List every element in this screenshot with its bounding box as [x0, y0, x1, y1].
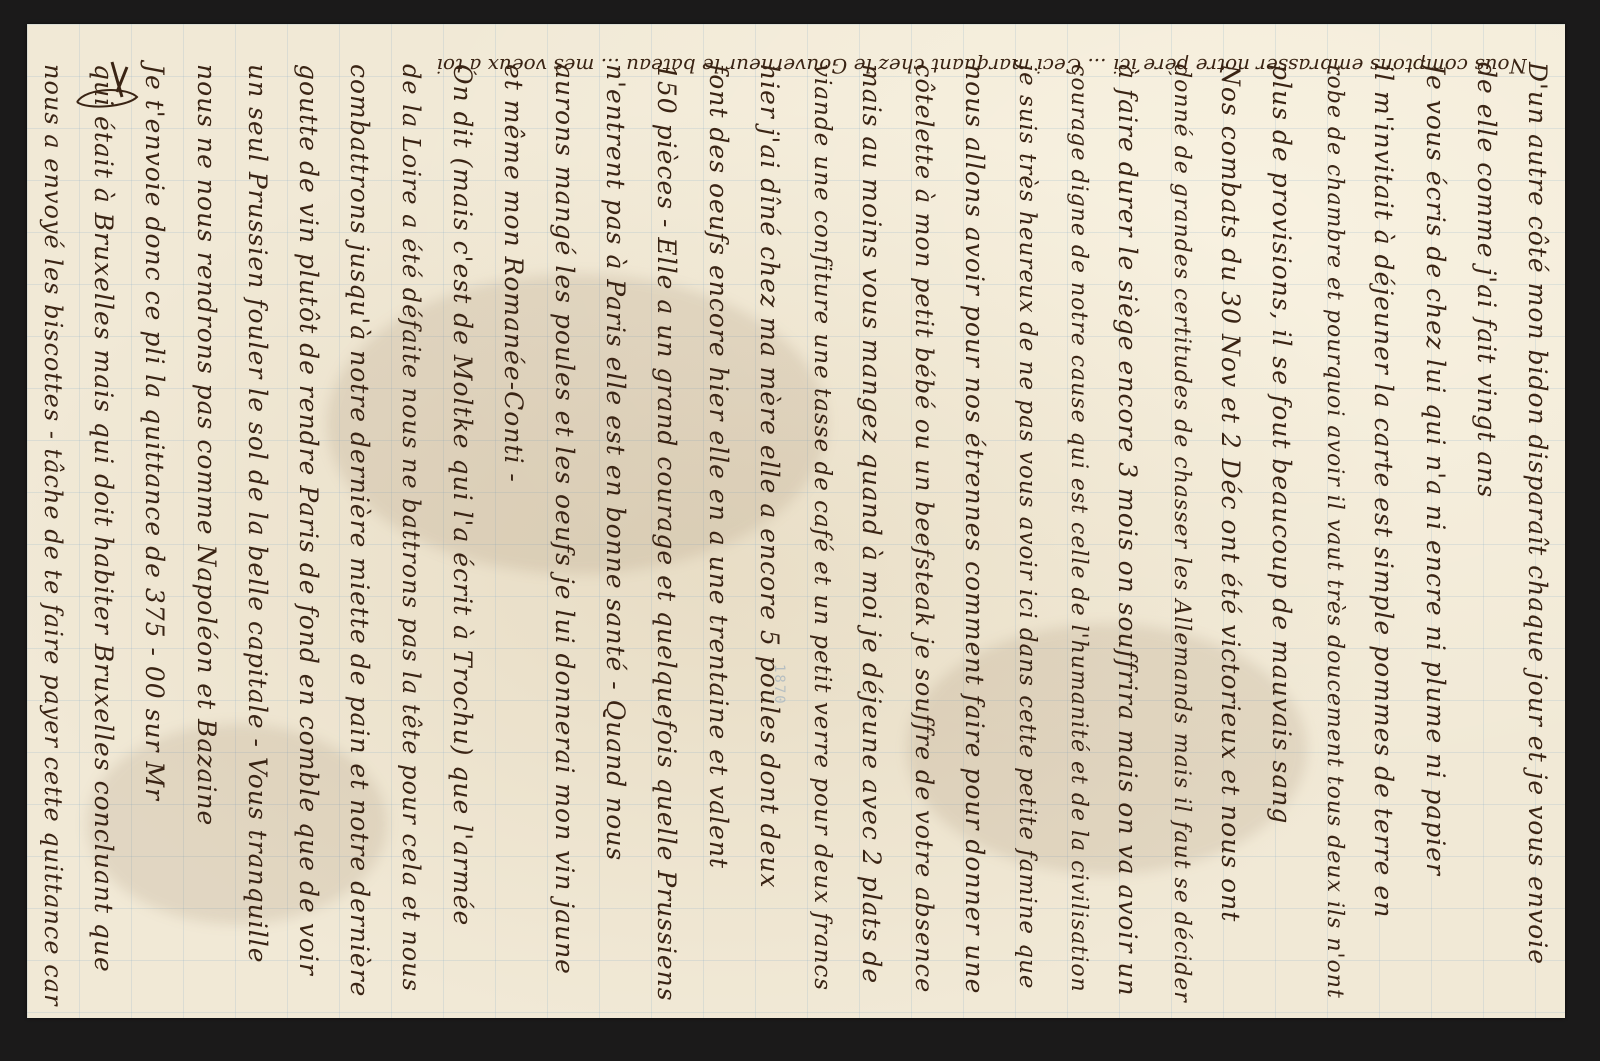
handwritten-line: nous ne nous rendrons pas comme Napoléon… — [192, 64, 221, 826]
handwritten-line: côtelette à mon petit bébé ou un beefste… — [910, 64, 938, 993]
letter-paper: Nous comptons embrasser notre père ici .… — [27, 24, 1565, 1018]
handwritten-line: n'entrent pas à Paris elle est en bonne … — [601, 64, 630, 861]
handwritten-line: il m'invitait à déjeuner la carte est si… — [1369, 64, 1398, 918]
handwritten-line: plus de provisions, il se fout beaucoup … — [1267, 64, 1296, 824]
handwritten-line: robe de chambre et pourquoi avoir il vau… — [1322, 64, 1347, 999]
handwritten-line: combattrons jusqu'à notre dernière miett… — [345, 64, 374, 997]
handwritten-line: donné de grandes certitudes de chasser l… — [1169, 64, 1194, 1003]
handwritten-line: On dit (mais c'est de Moltke qui l'a écr… — [448, 64, 477, 926]
handwritten-line: à faire durer le siège encore 3 mois on … — [1113, 64, 1142, 997]
handwritten-line: mais au moins vous mangez quand à moi je… — [857, 64, 886, 984]
handwritten-line: nous a envoyé les biscottes - tâche de t… — [39, 64, 67, 1006]
handwritten-line: qui était à Bruxelles mais qui doit habi… — [89, 64, 118, 973]
handwritten-line: Je vous écris de chez lui qui n'a ni enc… — [1421, 64, 1450, 876]
handwritten-line: de la Loire a été défaite nous ne battro… — [397, 64, 425, 992]
ink-stain — [87, 724, 387, 924]
handwritten-line: et même mon Romanée-Conti - — [499, 64, 528, 483]
handwritten-line: Nos combats du 30 Nov et 2 Déc ont été v… — [1216, 64, 1245, 922]
handwritten-line: goutte de vin plutôt de rendre Paris de … — [294, 64, 323, 976]
handwritten-line: viande une confiture une tasse de café e… — [809, 64, 835, 991]
handwritten-line: courage digne de notre cause qui est cel… — [1066, 64, 1091, 993]
handwritten-line: D'un autre côté mon bidon disparaît chaq… — [1523, 62, 1552, 965]
handwritten-line: Je t'envoie donc ce pli la quittance de … — [140, 64, 169, 801]
handwritten-line: je suis très heureux de ne pas vous avoi… — [1014, 64, 1040, 990]
archive-stamp: 1870 — [771, 664, 787, 706]
handwritten-line: hier j'ai dîné chez ma mère elle a encor… — [755, 64, 784, 889]
handwritten-line: aurons mangé les poules et les oeufs je … — [550, 64, 579, 975]
handwritten-line: de elle comme j'ai fait vingt ans — [1472, 62, 1501, 498]
handwritten-line: un seul Prussien fouler le sol de la bel… — [243, 64, 272, 964]
handwritten-line: nous allons avoir pour nos étrennes comm… — [960, 64, 989, 994]
handwritten-line: 150 pièces - Elle a un grand courage et … — [652, 64, 681, 1002]
handwritten-line: font des oeufs encore hier elle en a une… — [704, 64, 733, 869]
